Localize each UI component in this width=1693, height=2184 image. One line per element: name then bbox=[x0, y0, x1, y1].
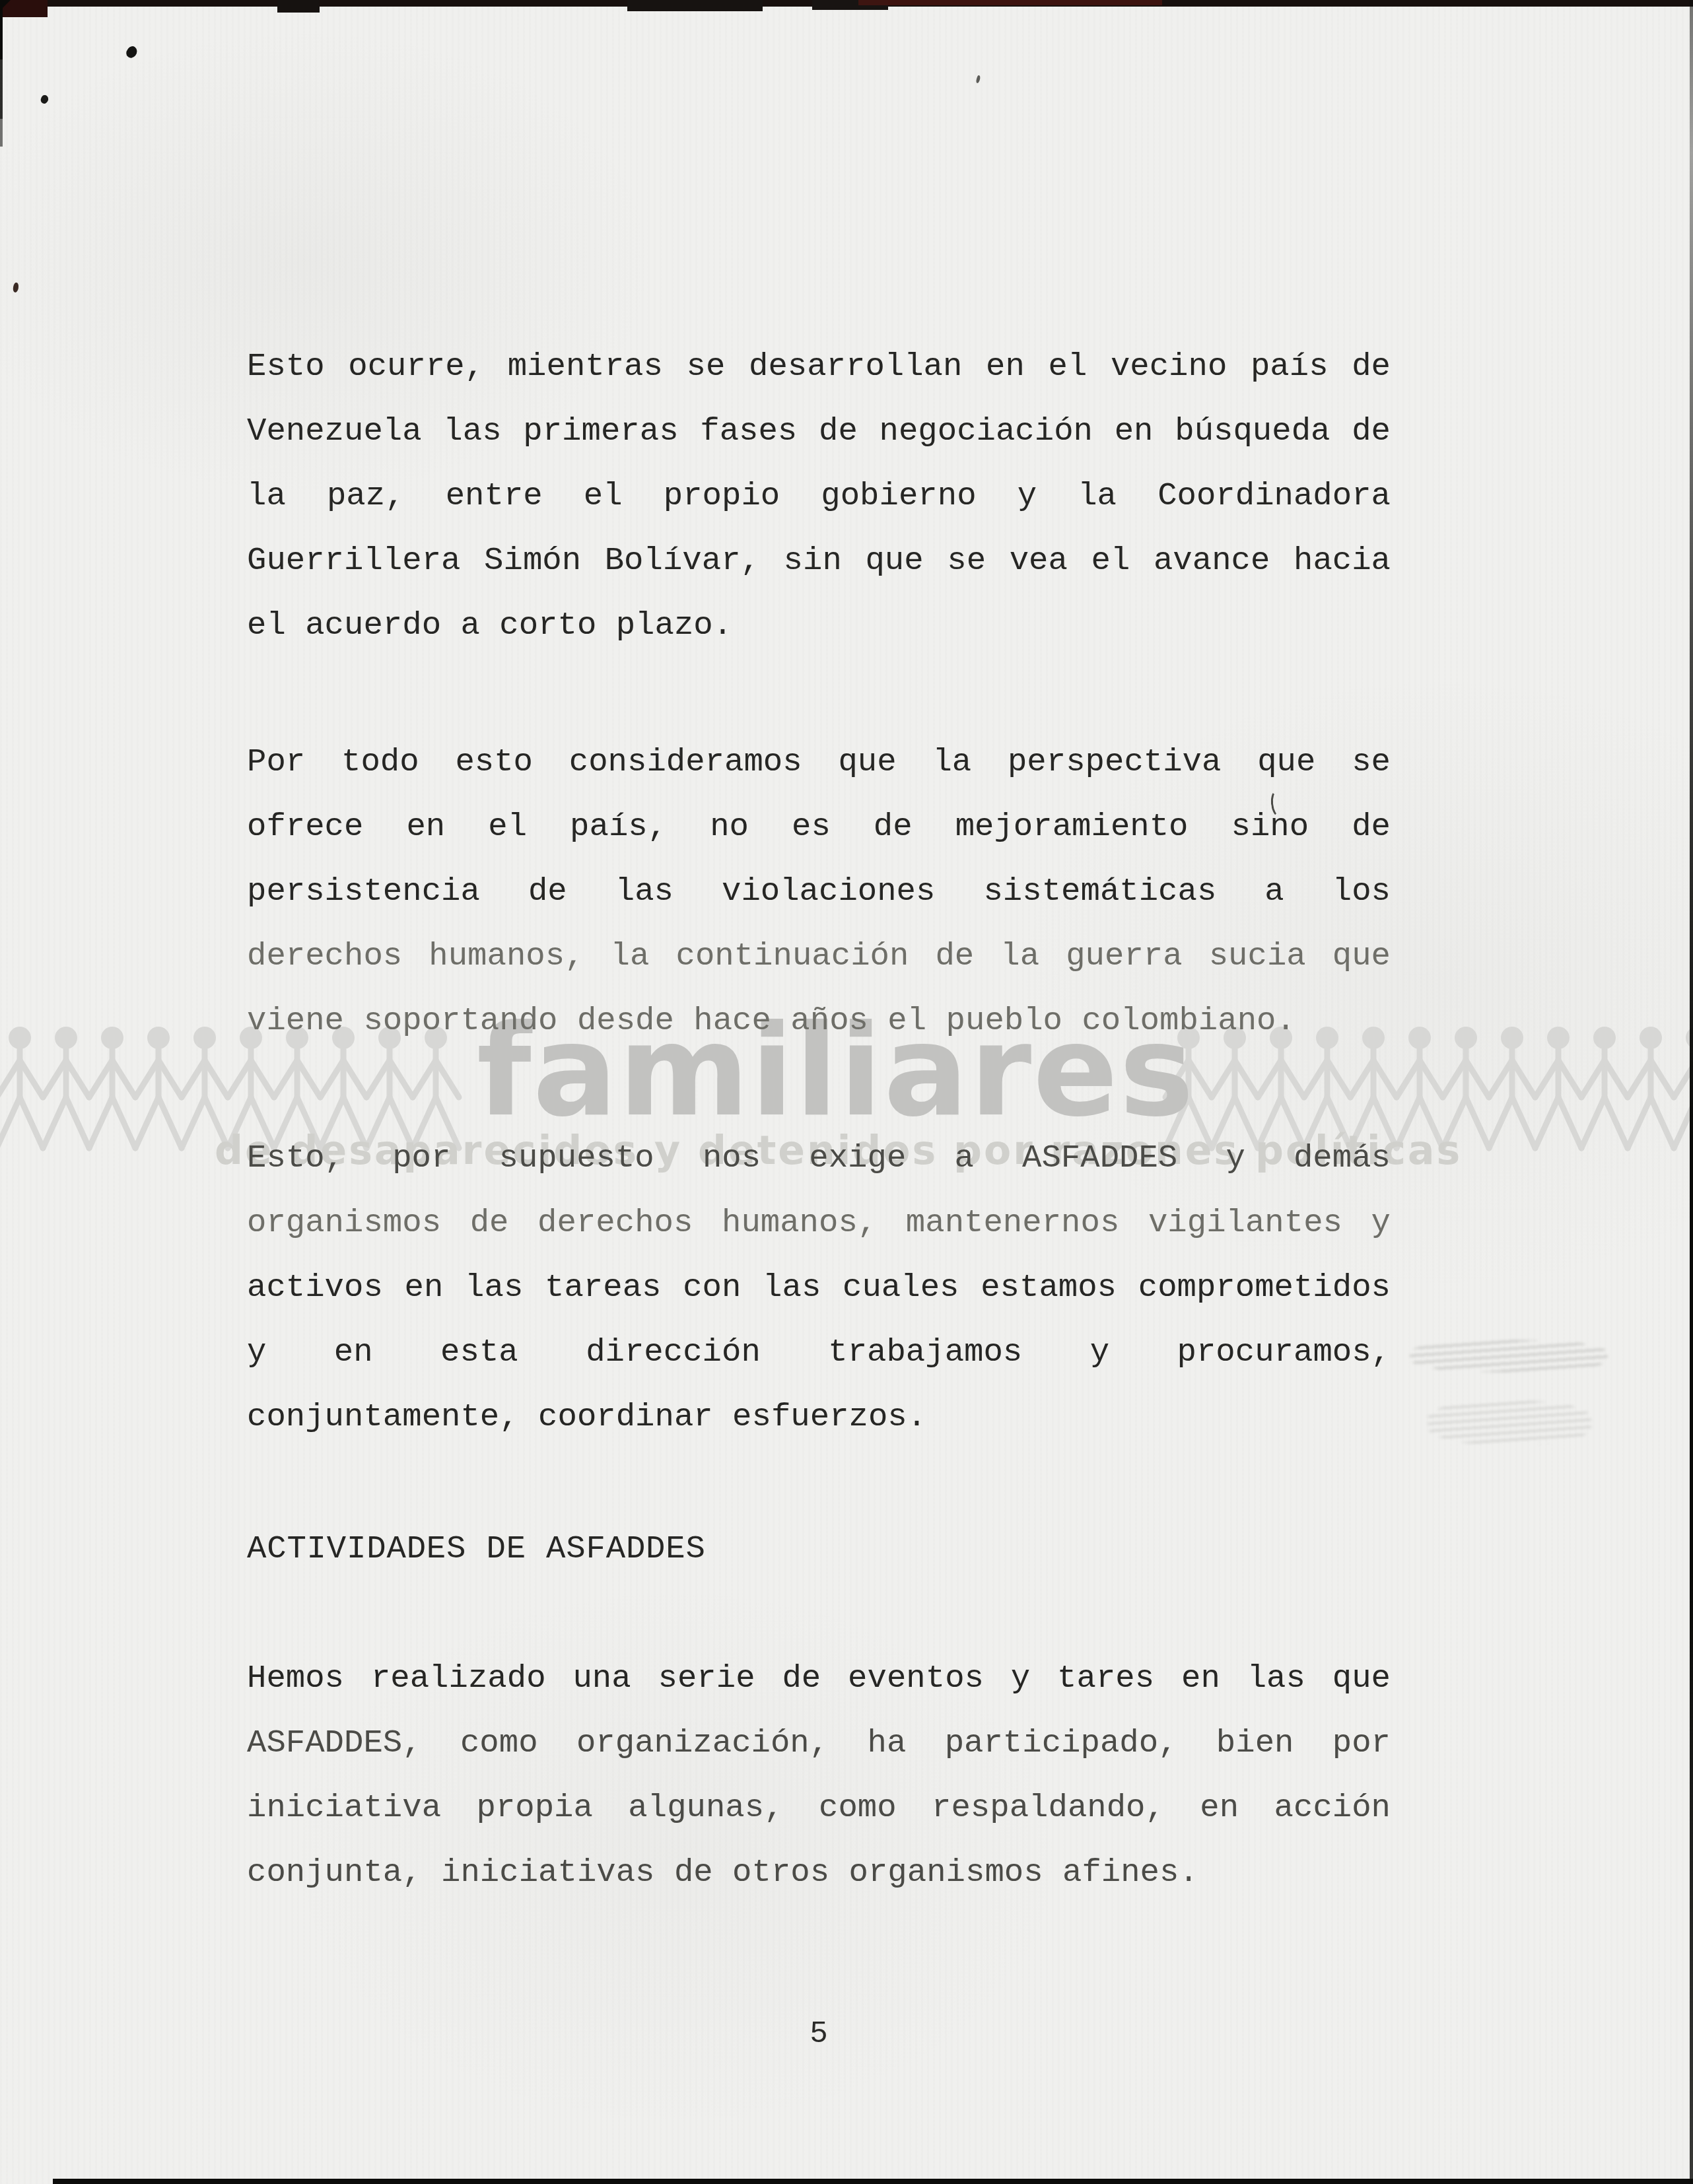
text-line: conjunta, iniciativas de otros organismo… bbox=[247, 1840, 1391, 1905]
scan-corner-cut bbox=[0, 0, 11, 11]
section-heading: ACTIVIDADES DE ASFADDES bbox=[247, 1517, 1391, 1581]
text-line: persistencia de las violaciones sistemát… bbox=[247, 859, 1391, 924]
scan-edge-bump bbox=[627, 0, 763, 11]
text-line: activos en las tareas con las cuales est… bbox=[247, 1255, 1391, 1320]
paragraph-1: Esto ocurre, mientras se desarrollan en … bbox=[247, 334, 1391, 658]
scan-edge-red-tint bbox=[858, 0, 1162, 5]
text-line: Guerrillera Simón Bolívar, sin que se ve… bbox=[247, 528, 1391, 593]
page-number: 5 bbox=[786, 2019, 852, 2049]
paragraph-3: Esto, por supuesto nos exige a ASFADDES … bbox=[247, 1126, 1391, 1449]
scan-edge-left bbox=[0, 0, 3, 147]
text-line: la paz, entre el propio gobierno y la Co… bbox=[247, 463, 1391, 528]
text-line: iniciativa propia algunas, como respalda… bbox=[247, 1775, 1391, 1840]
scan-edge-bump bbox=[277, 0, 320, 13]
text-line: conjuntamente, coordinar esfuerzos. bbox=[247, 1384, 1391, 1449]
heading-line: ACTIVIDADES DE ASFADDES bbox=[247, 1517, 1391, 1581]
text-line: derechos humanos, la continuación de la … bbox=[247, 924, 1391, 988]
text-line: Esto ocurre, mientras se desarrollan en … bbox=[247, 334, 1391, 399]
text-line: el acuerdo a corto plazo. bbox=[247, 593, 1391, 658]
typed-text-layer: Esto ocurre, mientras se desarrollan en … bbox=[0, 0, 1693, 2184]
text-line: Venezuela las primeras fases de negociac… bbox=[247, 399, 1391, 463]
paragraph-4: Hemos realizado una serie de eventos y t… bbox=[247, 1646, 1391, 1905]
text-line: Por todo esto consideramos que la perspe… bbox=[247, 730, 1391, 794]
pencil-smudge bbox=[1410, 1340, 1608, 1372]
scan-edge-bottom bbox=[53, 2179, 1693, 2184]
scanned-document-page: { "colors": { "paper": "#f0f0ee", "ink_d… bbox=[0, 0, 1693, 2184]
text-line: viene soportando desde hace años el pueb… bbox=[247, 988, 1391, 1053]
pencil-smudge bbox=[1428, 1401, 1591, 1445]
text-line: organismos de derechos humanos, mantener… bbox=[247, 1190, 1391, 1255]
paragraph-2: Por todo esto consideramos que la perspe… bbox=[247, 730, 1391, 1053]
text-line: ofrece en el país, no es de mejoramiento… bbox=[247, 794, 1391, 859]
scan-edge-right bbox=[1690, 0, 1693, 2184]
text-line: Esto, por supuesto nos exige a ASFADDES … bbox=[247, 1126, 1391, 1190]
text-line: y en esta dirección trabajamos y procura… bbox=[247, 1320, 1391, 1384]
text-line: Hemos realizado una serie de eventos y t… bbox=[247, 1646, 1391, 1711]
text-line: ASFADDES, como organización, ha particip… bbox=[247, 1711, 1391, 1775]
